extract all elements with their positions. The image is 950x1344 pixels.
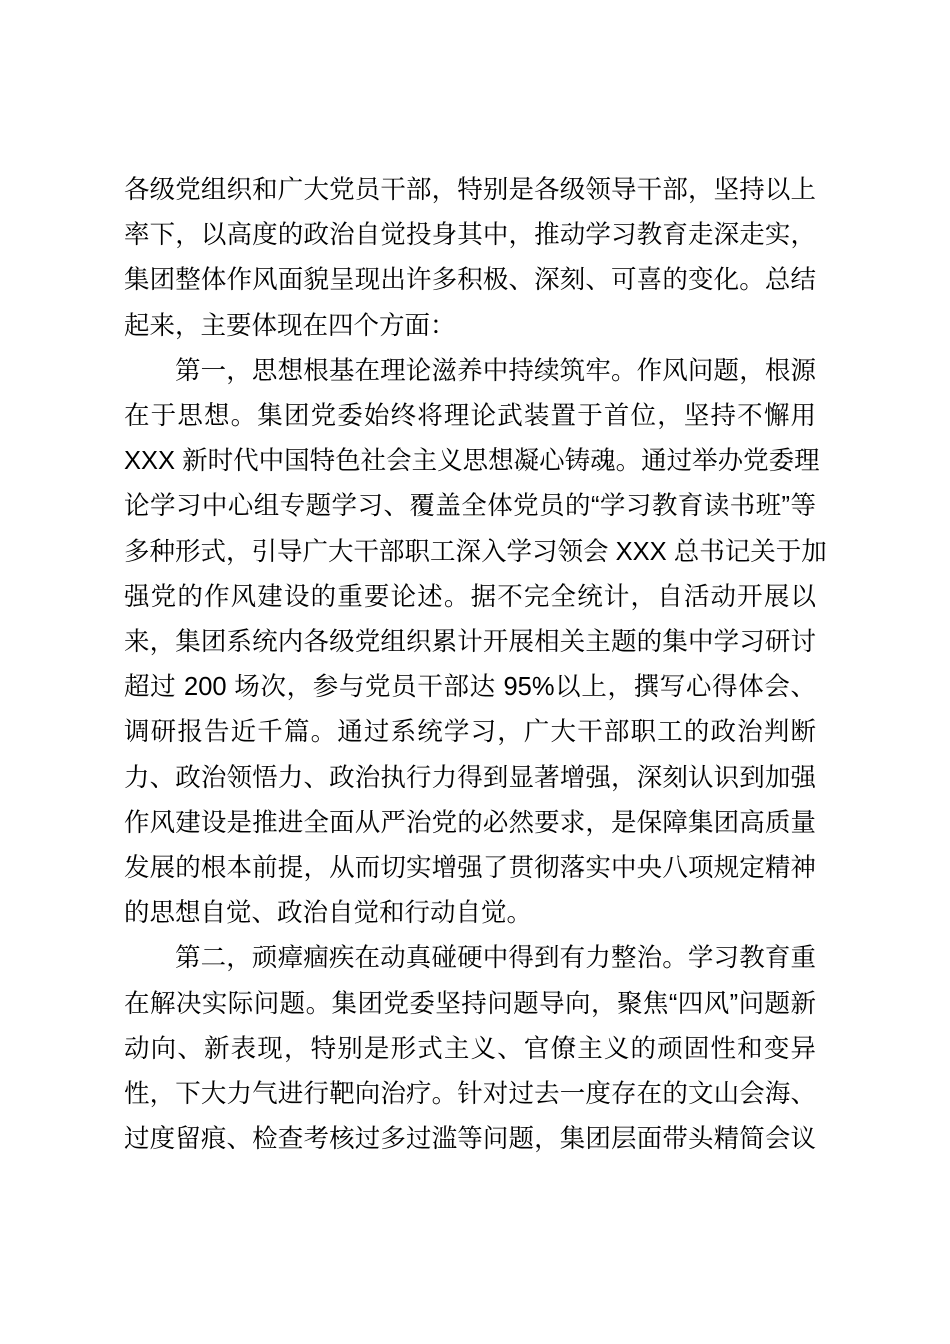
document-body: 各级党组织和广大党员干部，特别是各级领导干部，坚持以上率下，以高度的政治自觉投身…	[124, 168, 816, 1162]
text-line: 调研报告近千篇。通过系统学习，广大干部职工的政治判断	[124, 710, 816, 755]
text-line: 第一，思想根基在理论滋养中持续筑牢。作风问题，根源	[124, 349, 816, 394]
text-line: 起来，主要体现在四个方面：	[124, 304, 816, 349]
text-line: 的思想自觉、政治自觉和行动自觉。	[124, 891, 816, 936]
paragraph: 第二，顽瘴痼疾在动真碰硬中得到有力整治。学习教育重在解决实际问题。集团党委坚持问…	[124, 936, 816, 1162]
text-line: 多种形式，引导广大干部职工深入学习领会 XXX 总书记关于加	[124, 530, 816, 575]
text-line: 在解决实际问题。集团党委坚持问题导向，聚焦“四风”问题新	[124, 982, 816, 1027]
text-line: 论学习中心组专题学习、覆盖全体党员的“学习教育读书班”等	[124, 484, 816, 529]
text-line: 强党的作风建设的重要论述。据不完全统计，自活动开展以	[124, 575, 816, 620]
text-line: 在于思想。集团党委始终将理论武装置于首位，坚持不懈用	[124, 394, 816, 439]
text-line: 各级党组织和广大党员干部，特别是各级领导干部，坚持以上	[124, 168, 816, 213]
paragraph: 各级党组织和广大党员干部，特别是各级领导干部，坚持以上率下，以高度的政治自觉投身…	[124, 168, 816, 349]
text-line: 力、政治领悟力、政治执行力得到显著增强，深刻认识到加强	[124, 756, 816, 801]
text-line: XXX 新时代中国特色社会主义思想凝心铸魂。通过举办党委理	[124, 439, 816, 484]
text-line: 第二，顽瘴痼疾在动真碰硬中得到有力整治。学习教育重	[124, 936, 816, 981]
paragraph: 第一，思想根基在理论滋养中持续筑牢。作风问题，根源在于思想。集团党委始终将理论武…	[124, 349, 816, 937]
text-line: 来，集团系统内各级党组织累计开展相关主题的集中学习研讨	[124, 620, 816, 665]
text-line: 发展的根本前提，从而切实增强了贯彻落实中央八项规定精神	[124, 846, 816, 891]
text-line: 率下，以高度的政治自觉投身其中，推动学习教育走深走实，	[124, 213, 816, 258]
text-line: 性，下大力气进行靶向治疗。针对过去一度存在的文山会海、	[124, 1072, 816, 1117]
text-line: 动向、新表现，特别是形式主义、官僚主义的顽固性和变异	[124, 1027, 816, 1072]
text-line: 超过 200 场次，参与党员干部达 95%以上，撰写心得体会、	[124, 665, 816, 710]
text-line: 集团整体作风面貌呈现出许多积极、深刻、可喜的变化。总结	[124, 258, 816, 303]
text-line: 过度留痕、检查考核过多过滥等问题，集团层面带头精简会议	[124, 1117, 816, 1162]
text-line: 作风建设是推进全面从严治党的必然要求，是保障集团高质量	[124, 801, 816, 846]
document-page: 各级党组织和广大党员干部，特别是各级领导干部，坚持以上率下，以高度的政治自觉投身…	[0, 0, 950, 1344]
